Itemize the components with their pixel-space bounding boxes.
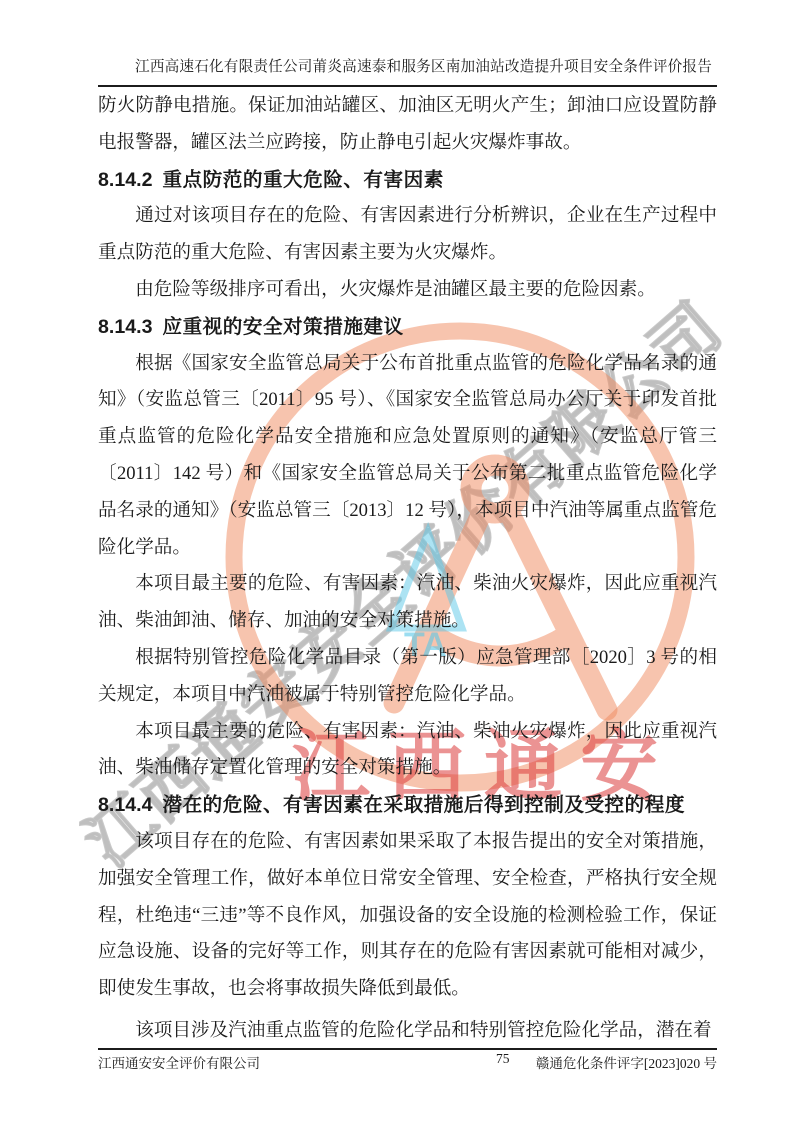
heading-title: 潜在的危险、有害因素在采取措施后得到控制及受控的程度 <box>162 794 684 816</box>
paragraph-analysis-identification: 通过对该项目存在的危险、有害因素进行分析辨识，企业在生产过程中重点防范的重大危险… <box>98 198 717 272</box>
paragraph-fire-static-measures: 防火防静电措施。保证加油站罐区、加油区无明火产生；卸油口应设置防静电报警器，罐区… <box>98 88 717 162</box>
section-heading-8-14-3: 8.14.3应重视的安全对策措施建议 <box>98 309 717 346</box>
body-text: 防火防静电措施。保证加油站罐区、加油区无明火产生；卸油口应设置防静电报警器，罐区… <box>98 88 717 1050</box>
paragraph-special-control-catalog: 根据特别管控危险化学品目录（第一版）应急管理部［2020］3 号的相关规定，本项… <box>98 640 717 714</box>
footer-doc-number: 赣通危化条件评字[2023]020 号 <box>536 1052 717 1072</box>
section-heading-8-14-4: 8.14.4潜在的危险、有害因素在采取措施后得到控制及受控的程度 <box>98 787 717 824</box>
heading-number: 8.14.4 <box>98 794 152 816</box>
paragraph-main-hazards-storage: 本项目最主要的危险、有害因素：汽油、柴油火灾爆炸，因此应重视汽油、柴油储存定置化… <box>98 714 717 788</box>
report-page: 江西通安安全评价有限公司 TA 江西通安 江西高速石化有限责任公司莆炎高速泰和服… <box>0 0 800 1131</box>
heading-title: 应重视的安全对策措施建议 <box>162 316 403 338</box>
page-number: 75 <box>496 1051 510 1067</box>
section-heading-8-14-2: 8.14.2重点防范的重大危险、有害因素 <box>98 162 717 199</box>
page-content: 江西高速石化有限责任公司莆炎高速泰和服务区南加油站改造提升项目安全条件评价报告 … <box>0 0 800 1131</box>
paragraph-risk-ranking: 由危险等级排序可看出，火灾爆炸是油罐区最主要的危险因素。 <box>98 272 717 309</box>
paragraph-control-measures-effect: 该项目存在的危险、有害因素如果采取了本报告提出的安全对策措施，加强安全管理工作，… <box>98 824 717 1008</box>
header-divider <box>98 85 717 87</box>
heading-number: 8.14.2 <box>98 169 152 191</box>
paragraph-regulatory-notices: 根据《国家安全监管总局关于公布首批重点监管的危险化学品名录的通知》（安监总管三〔… <box>98 346 717 567</box>
footer-divider <box>98 1048 717 1050</box>
paragraph-main-hazards-unloading: 本项目最主要的危险、有害因素：汽油、柴油火灾爆炸，因此应重视汽油、柴油卸油、储存… <box>98 566 717 640</box>
heading-title: 重点防范的重大危险、有害因素 <box>162 169 443 191</box>
footer-company: 江西通安安全评价有限公司 <box>98 1052 260 1072</box>
heading-number: 8.14.3 <box>98 316 152 338</box>
header-title: 江西高速石化有限责任公司莆炎高速泰和服务区南加油站改造提升项目安全条件评价报告 <box>98 55 712 76</box>
paragraph-gasoline-supervised: 该项目涉及汽油重点监管的危险化学品和特别管控危险化学品，潜在着 <box>98 1013 717 1050</box>
